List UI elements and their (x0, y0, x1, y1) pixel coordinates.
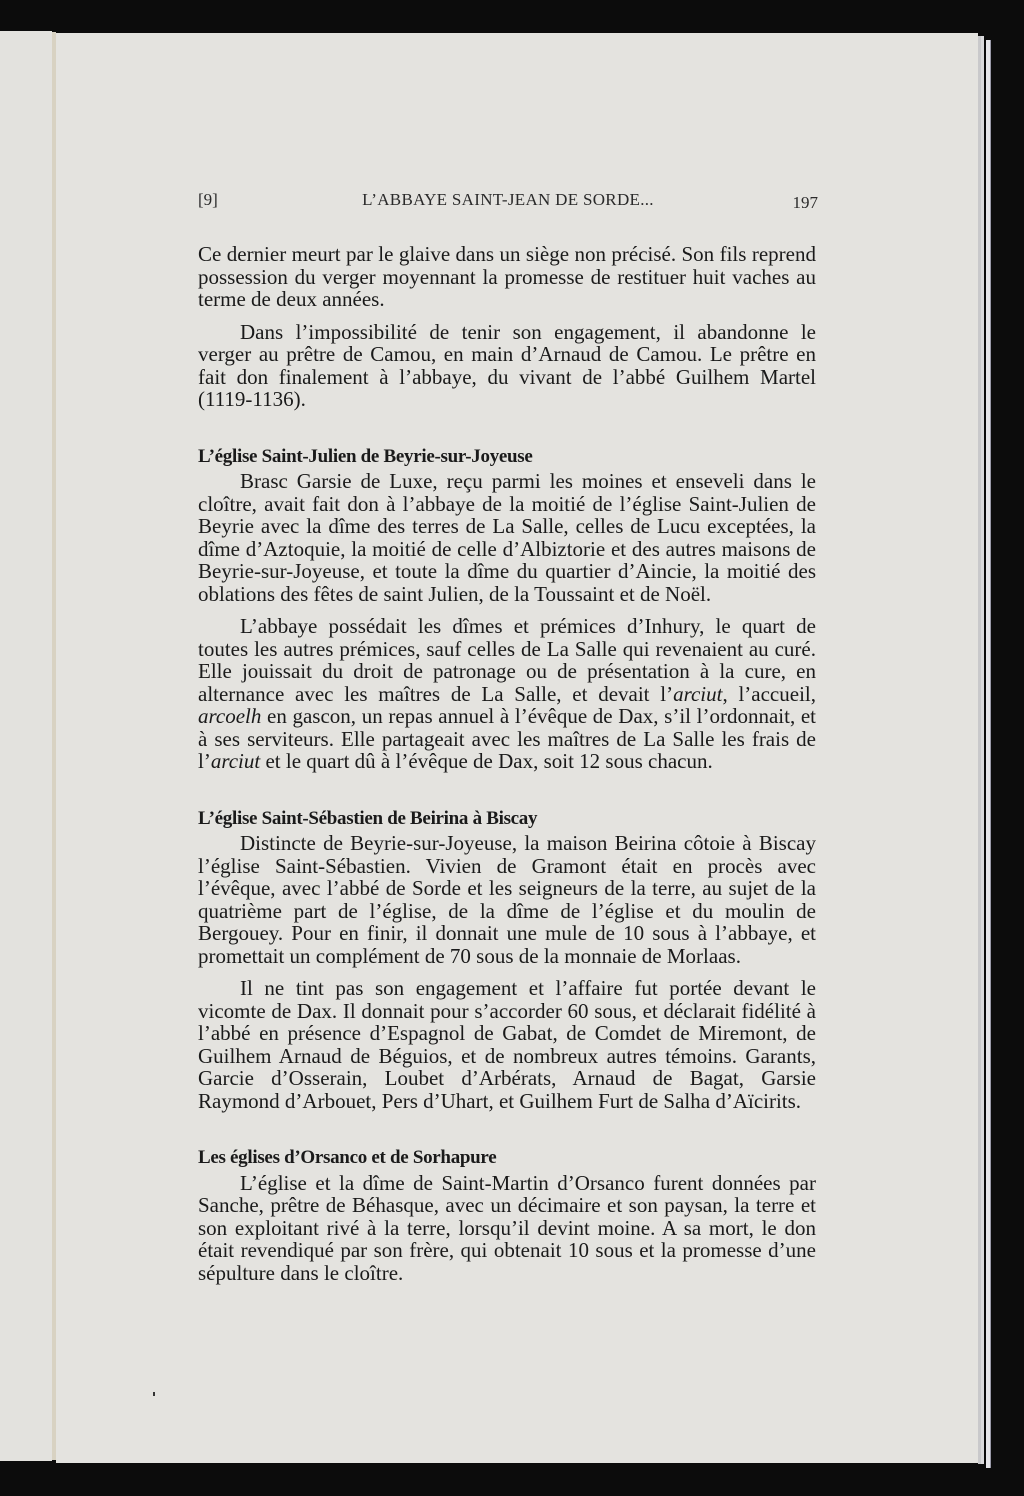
paragraph: Il ne tint pas son engagement et l’affai… (198, 977, 816, 1112)
body-text: Ce dernier meurt par le glaive dans un s… (198, 243, 816, 1294)
paragraph: Brasc Garsie de Luxe, reçu parmi les moi… (198, 470, 816, 605)
page-number: 197 (793, 193, 819, 213)
paragraph: L’église et la dîme de Saint-Martin d’Or… (198, 1172, 816, 1285)
paragraph: Dans l’impossibilité de tenir son engage… (198, 321, 816, 411)
section-heading: Les églises d’Orsanco et de Sorhapure (198, 1147, 816, 1170)
italic-term: arciut (211, 749, 260, 773)
page-edge-stack (986, 40, 991, 1468)
paragraph: Distincte de Beyrie-sur-Joyeuse, la mais… (198, 832, 816, 967)
section-heading: L’église Saint-Sébastien de Beirina à Bi… (198, 808, 816, 831)
facing-left-page (0, 31, 52, 1461)
italic-term: arcoelh (198, 704, 261, 728)
paragraph: L’abbaye possédait les dîmes et prémices… (198, 615, 816, 773)
paper-speck (153, 1392, 155, 1396)
italic-term: arciut (673, 682, 722, 706)
paragraph: Ce dernier meurt par le glaive dans un s… (198, 243, 816, 311)
page-edge-stack (981, 36, 984, 1464)
running-title: L’ABBAYE SAINT-JEAN DE SORDE... (198, 190, 818, 210)
section-heading: L’église Saint-Julien de Beyrie-sur-Joye… (198, 446, 816, 469)
